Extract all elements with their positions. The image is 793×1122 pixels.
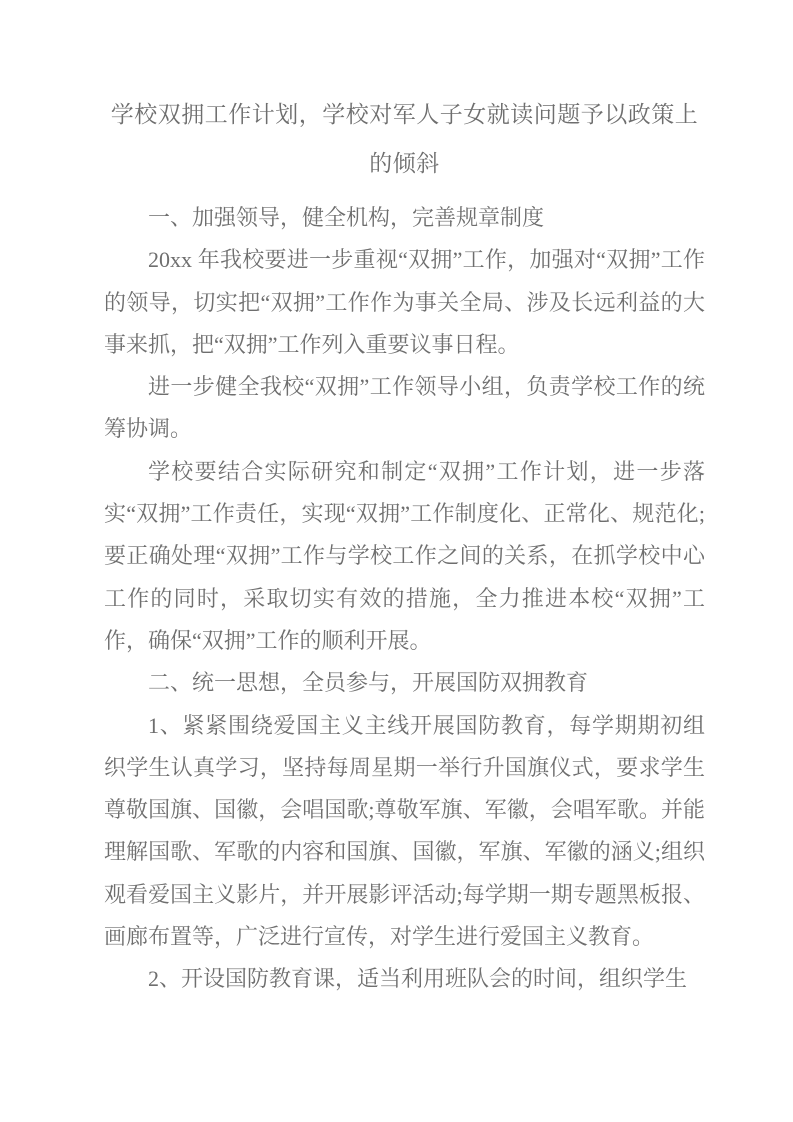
body-paragraph: 20xx 年我校要进一步重视“双拥”工作，加强对“双拥”工作的领导，切实把“双拥… — [104, 239, 705, 366]
body-paragraph: 1、紧紧围绕爱国主义主线开展国防教育，每学期期初组织学生认真学习，坚持每周星期一… — [104, 705, 705, 959]
body-paragraph: 进一步健全我校“双拥”工作领导小组，负责学校工作的统筹协调。 — [104, 366, 705, 451]
body-paragraph: 学校要结合实际研究和制定“双拥”工作计划，进一步落实“双拥”工作责任，实现“双拥… — [104, 451, 705, 662]
section-heading: 二、统一思想，全员参与，开展国防双拥教育 — [104, 662, 705, 704]
document-title: 学校双拥工作计划，学校对军人子女就读问题予以政策上的倾斜 — [104, 90, 705, 188]
body-paragraph: 2、开设国防教育课，适当利用班队会的时间，组织学生 — [104, 958, 705, 1000]
section-heading: 一、加强领导，健全机构，完善规章制度 — [104, 197, 705, 239]
document-page: 学校双拥工作计划，学校对军人子女就读问题予以政策上的倾斜 一、加强领导，健全机构… — [0, 0, 793, 1122]
document-body: 一、加强领导，健全机构，完善规章制度20xx 年我校要进一步重视“双拥”工作，加… — [104, 197, 705, 1001]
